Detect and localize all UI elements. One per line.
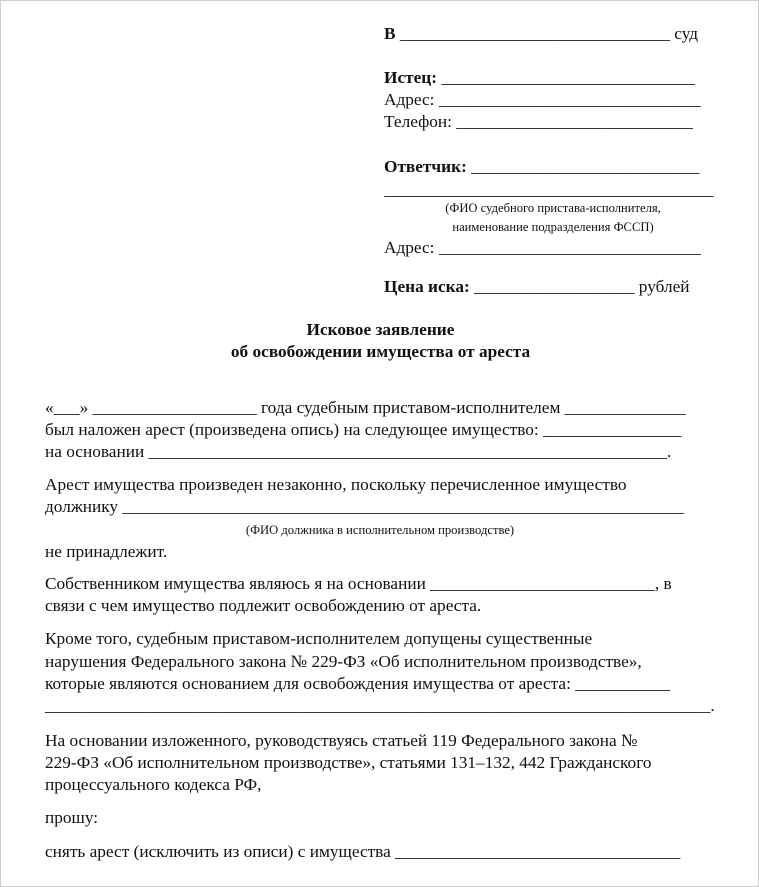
defendant-address-blank[interactable]: _______________________________ bbox=[439, 238, 701, 257]
plaintiff-address-label: Адрес: bbox=[384, 90, 435, 109]
paragraph-3-line-2: связи с чем имущество подлежит освобожде… bbox=[45, 595, 481, 617]
court-blank[interactable]: ________________________________ bbox=[400, 24, 670, 43]
defendant-blank[interactable]: ___________________________ bbox=[471, 157, 699, 176]
defendant-hint-1: (ФИО судебного пристава-исполнителя, bbox=[384, 199, 722, 217]
claim-price-blank[interactable]: ___________________ bbox=[474, 277, 634, 296]
plaintiff-line: Истец: ______________________________ bbox=[384, 67, 695, 89]
defendant-hint-2: наименование подразделения ФССП) bbox=[384, 218, 722, 236]
court-prefix: В bbox=[384, 24, 396, 43]
document-title-line-1: Исковое заявление bbox=[1, 319, 759, 341]
court-line: В ________________________________ суд bbox=[384, 23, 698, 45]
paragraph-5-line-2: 229-ФЗ «Об исполнительном производстве»,… bbox=[45, 752, 652, 774]
paragraph-4-line-2: нарушения Федерального закона № 229-ФЗ «… bbox=[45, 651, 642, 673]
claim-price-line: Цена иска: ___________________ рублей bbox=[384, 276, 690, 298]
plaintiff-address-blank[interactable]: _______________________________ bbox=[439, 90, 701, 109]
request-label: прошу: bbox=[45, 807, 98, 829]
plaintiff-phone-line: Телефон: ____________________________ bbox=[384, 111, 693, 133]
paragraph-5-line-1: На основании изложенного, руководствуясь… bbox=[45, 730, 638, 752]
defendant-address-label: Адрес: bbox=[384, 238, 435, 257]
paragraph-1-line-3[interactable]: на основании ___________________________… bbox=[45, 441, 671, 463]
paragraph-4-line-1: Кроме того, судебным приставом-исполните… bbox=[45, 628, 592, 650]
paragraph-4-line-3[interactable]: которые являются основанием для освобожд… bbox=[45, 673, 670, 695]
paragraph-2-line-1: Арест имущества произведен незаконно, по… bbox=[45, 474, 627, 496]
paragraph-4-line-4[interactable]: ________________________________________… bbox=[45, 695, 715, 717]
document-title-line-2: об освобождении имущества от ареста bbox=[1, 341, 759, 363]
document-page: В ________________________________ суд И… bbox=[0, 0, 759, 887]
defendant-address-line: Адрес: _______________________________ bbox=[384, 237, 701, 259]
plaintiff-phone-label: Телефон: bbox=[384, 112, 452, 131]
debtor-hint: (ФИО должника в исполнительном производс… bbox=[45, 521, 715, 539]
request-item[interactable]: снять арест (исключить из описи) с имуще… bbox=[45, 841, 680, 863]
paragraph-2-line-2[interactable]: должнику _______________________________… bbox=[45, 496, 684, 518]
paragraph-3-line-1[interactable]: Собственником имущества являюсь я на осн… bbox=[45, 573, 672, 595]
claim-price-suffix: рублей bbox=[639, 277, 690, 296]
plaintiff-phone-blank[interactable]: ____________________________ bbox=[456, 112, 692, 131]
defendant-label: Ответчик: bbox=[384, 157, 467, 176]
plaintiff-blank[interactable]: ______________________________ bbox=[441, 68, 694, 87]
paragraph-5-line-3: процессуального кодекса РФ, bbox=[45, 774, 262, 796]
paragraph-2-line-3: не принадлежит. bbox=[45, 541, 167, 563]
defendant-line: Ответчик: ___________________________ bbox=[384, 156, 699, 178]
court-suffix: суд bbox=[674, 24, 698, 43]
paragraph-1-line-2[interactable]: был наложен арест (произведена опись) на… bbox=[45, 419, 681, 441]
defendant-line-2[interactable]: _______________________________________ bbox=[384, 179, 713, 201]
paragraph-1-line-1[interactable]: «___» ___________________ года судебным … bbox=[45, 397, 686, 419]
claim-price-label: Цена иска: bbox=[384, 277, 470, 296]
plaintiff-address-line: Адрес: _______________________________ bbox=[384, 89, 701, 111]
plaintiff-label: Истец: bbox=[384, 68, 437, 87]
